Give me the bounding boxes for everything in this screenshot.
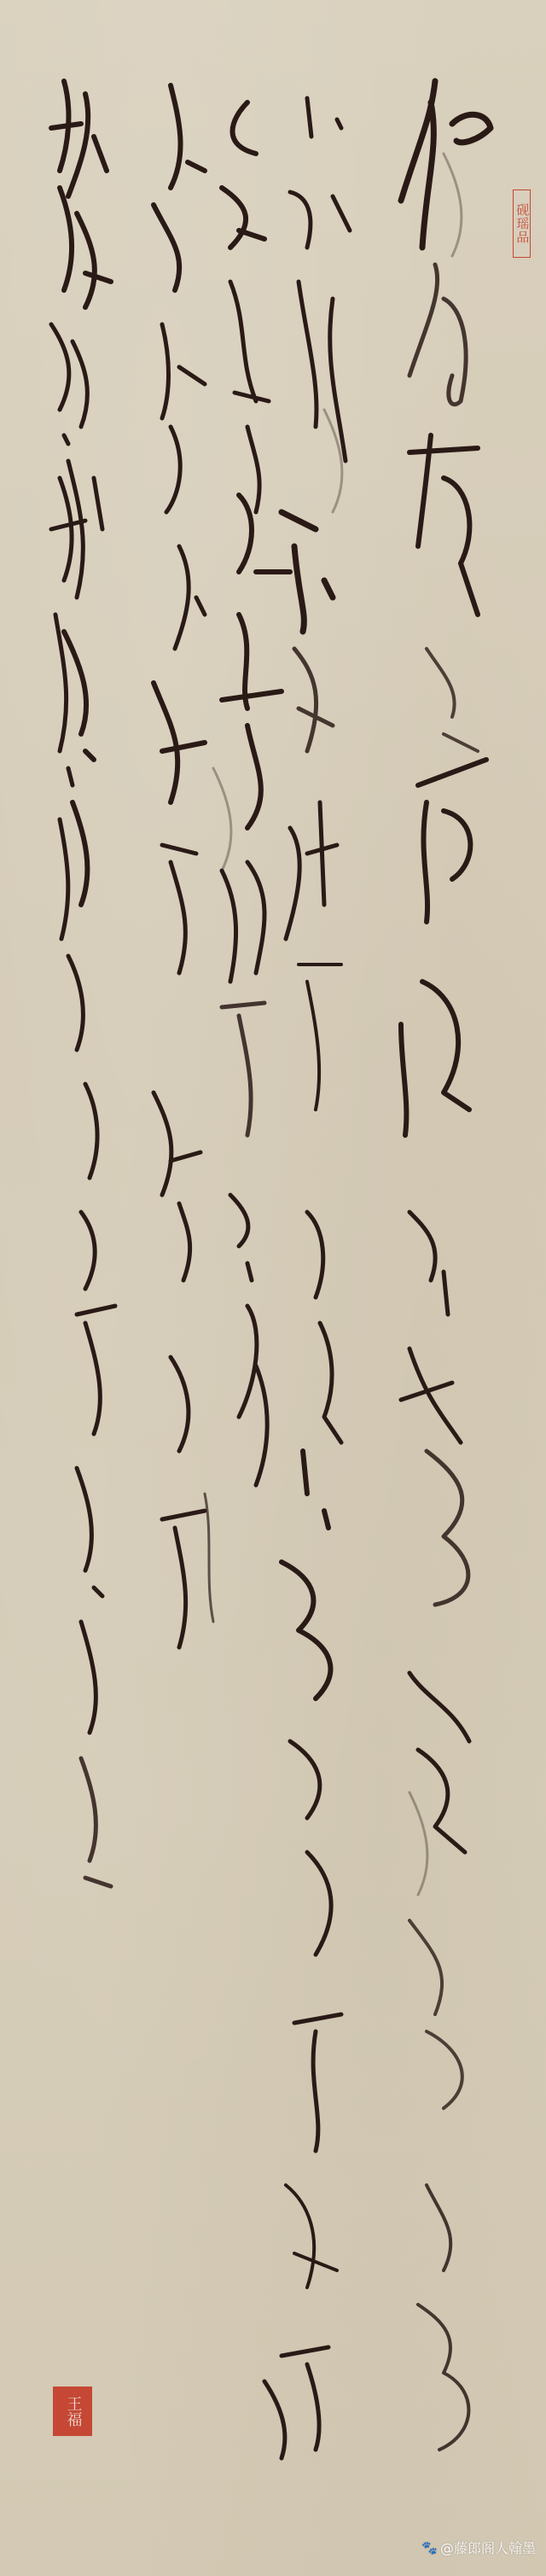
calligraphy-ink-strokes	[0, 0, 546, 2576]
watermark-text: @藤郎阁人翰墨	[440, 2538, 536, 2557]
calligraphy-scroll: 砚瑶品 王福 🐾 @藤郎阁人翰墨	[0, 0, 546, 2576]
artist-seal-bottom: 王福	[53, 2387, 92, 2436]
watermark: 🐾 @藤郎阁人翰墨	[421, 2538, 536, 2557]
artist-seal-top: 砚瑶品	[513, 189, 531, 258]
paw-icon: 🐾	[421, 2540, 438, 2556]
